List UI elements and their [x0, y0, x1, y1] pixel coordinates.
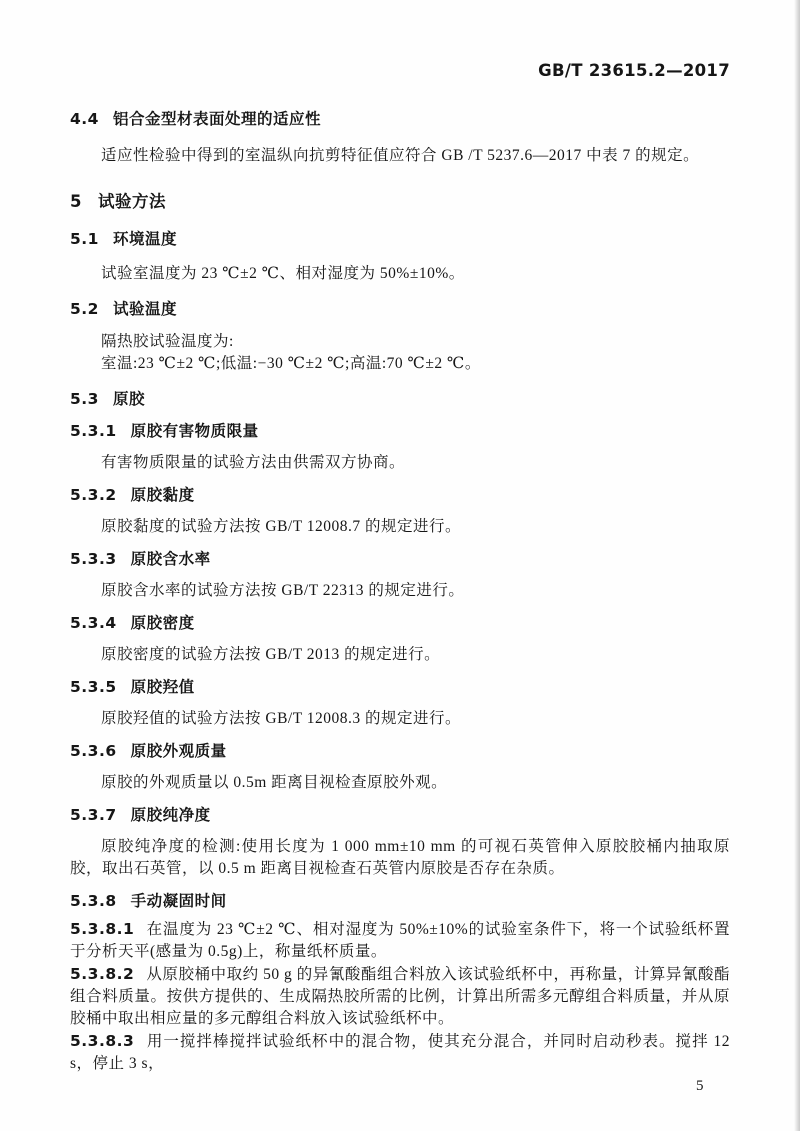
section-heading-5-2: 5.2试验温度 — [70, 298, 730, 320]
paragraph: 原胶羟值的试验方法按 GB/T 12008.3 的规定进行。 — [70, 708, 730, 730]
section-title: 原胶 — [113, 390, 145, 408]
section-title: 原胶密度 — [131, 614, 195, 632]
section-heading-5-3: 5.3原胶 — [70, 388, 730, 410]
numbered-paragraph-5-3-8-3: 5.3.8.3用一搅拌棒搅拌试验纸杯中的混合物，使其充分混合，并同时启动秒表。搅… — [70, 1030, 730, 1075]
clause-text: 用一搅拌棒搅拌试验纸杯中的混合物，使其充分混合，并同时启动秒表。搅拌 12 s，… — [70, 1033, 730, 1072]
section-heading-5-3-1: 5.3.1原胶有害物质限量 — [70, 420, 730, 442]
section-heading-5-3-4: 5.3.4原胶密度 — [70, 612, 730, 634]
clause-number: 5.3.8.1 — [70, 920, 134, 938]
paragraph: 原胶黏度的试验方法按 GB/T 12008.7 的规定进行。 — [70, 516, 730, 538]
section-number: 5.3.3 — [70, 550, 117, 568]
section-number: 5.3.7 — [70, 806, 117, 824]
section-number: 5.3.4 — [70, 614, 117, 632]
section-title: 原胶黏度 — [131, 486, 195, 504]
paragraph: 原胶密度的试验方法按 GB/T 2013 的规定进行。 — [70, 644, 730, 666]
numbered-paragraph-5-3-8-1: 5.3.8.1在温度为 23 ℃±2 ℃、相对湿度为 50%±10%的试验室条件… — [70, 918, 730, 963]
scan-edge-shadow — [794, 0, 800, 1131]
section-title: 原胶有害物质限量 — [131, 422, 259, 440]
chapter-heading-5: 5试验方法 — [70, 191, 730, 213]
section-number: 5.3 — [70, 390, 99, 408]
section-number: 5.3.5 — [70, 678, 117, 696]
section-title: 铝合金型材表面处理的适应性 — [113, 110, 321, 128]
paragraph: 隔热胶试验温度为: — [70, 331, 730, 353]
section-title: 原胶羟值 — [131, 678, 195, 696]
paragraph: 试验室温度为 23 ℃±2 ℃、相对湿度为 50%±10%。 — [70, 263, 730, 285]
section-number: 5.3.8 — [70, 892, 117, 910]
paragraph: 原胶含水率的试验方法按 GB/T 22313 的规定进行。 — [70, 580, 730, 602]
chapter-title: 试验方法 — [98, 192, 166, 211]
clause-text: 在温度为 23 ℃±2 ℃、相对湿度为 50%±10%的试验室条件下，将一个试验… — [70, 921, 730, 960]
section-heading-4-4: 4.4铝合金型材表面处理的适应性 — [70, 108, 730, 130]
paragraph: 原胶的外观质量以 0.5m 距离目视检查原胶外观。 — [70, 772, 730, 794]
numbered-paragraph-5-3-8-2: 5.3.8.2从原胶桶中取约 50 g 的异氰酸酯组合料放入该试验纸杯中，再称量… — [70, 963, 730, 1030]
paragraph: 室温:23 ℃±2 ℃;低温:−30 ℃±2 ℃;高温:70 ℃±2 ℃。 — [70, 353, 730, 375]
section-number: 5.3.1 — [70, 422, 117, 440]
section-number: 5.1 — [70, 230, 99, 248]
standard-code-header: GB/T 23615.2—2017 — [70, 60, 730, 82]
section-number: 5.3.6 — [70, 742, 117, 760]
page-number: 5 — [70, 1075, 730, 1097]
section-heading-5-3-3: 5.3.3原胶含水率 — [70, 548, 730, 570]
section-title: 试验温度 — [113, 300, 177, 318]
paragraph: 有害物质限量的试验方法由供需双方协商。 — [70, 452, 730, 474]
section-title: 原胶含水率 — [131, 550, 211, 568]
paragraph: 适应性检验中得到的室温纵向抗剪特征值应符合 GB /T 5237.6—2017 … — [70, 145, 730, 167]
section-title: 环境温度 — [113, 230, 177, 248]
document-page: GB/T 23615.2—2017 4.4铝合金型材表面处理的适应性 适应性检验… — [0, 0, 800, 1131]
clause-number: 5.3.8.2 — [70, 965, 134, 983]
section-heading-5-3-7: 5.3.7原胶纯净度 — [70, 804, 730, 826]
section-heading-5-3-8: 5.3.8手动凝固时间 — [70, 890, 730, 912]
section-heading-5-1: 5.1环境温度 — [70, 228, 730, 250]
section-title: 原胶外观质量 — [131, 742, 227, 760]
paragraph: 原胶纯净度的检测:使用长度为 1 000 mm±10 mm 的可视石英管伸入原胶… — [70, 836, 730, 880]
scanned-document-page: { "doc": { "header_code": "GB/T 23615.2—… — [0, 0, 800, 1131]
section-title: 手动凝固时间 — [131, 892, 227, 910]
clause-text: 从原胶桶中取约 50 g 的异氰酸酯组合料放入该试验纸杯中，再称量，计算异氰酸酯… — [70, 966, 730, 1027]
clause-number: 5.3.8.3 — [70, 1032, 134, 1050]
section-number: 5.2 — [70, 300, 99, 318]
section-heading-5-3-5: 5.3.5原胶羟值 — [70, 676, 730, 698]
chapter-number: 5 — [70, 192, 82, 211]
section-number: 5.3.2 — [70, 486, 117, 504]
section-number: 4.4 — [70, 110, 99, 128]
section-title: 原胶纯净度 — [131, 806, 211, 824]
section-heading-5-3-6: 5.3.6原胶外观质量 — [70, 740, 730, 762]
section-heading-5-3-2: 5.3.2原胶黏度 — [70, 484, 730, 506]
